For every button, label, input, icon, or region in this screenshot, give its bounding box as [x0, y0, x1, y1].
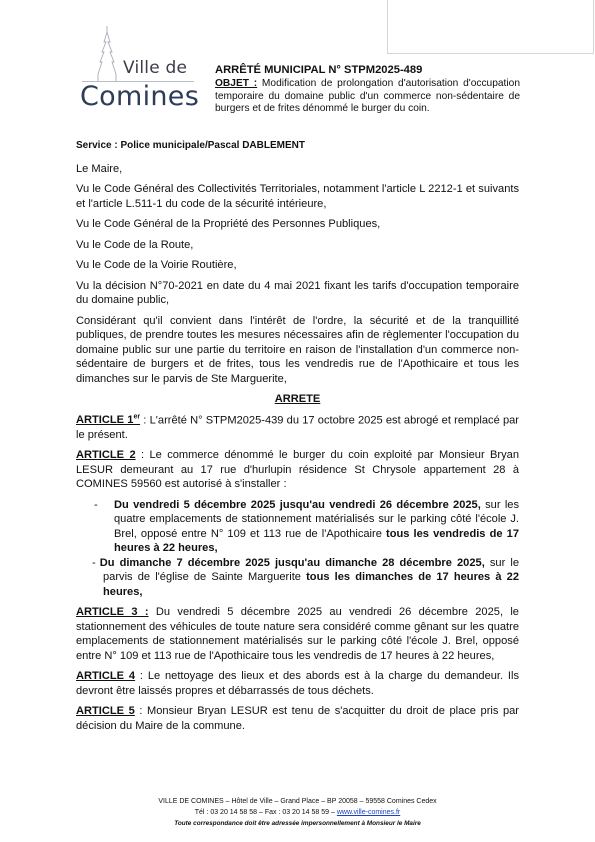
period-item: -Du dimanche 7 décembre 2025 jusqu'au di… — [76, 556, 519, 600]
mayor-line: Le Maire, — [76, 162, 519, 177]
page-footer: VILLE DE COMINES – Hôtel de Ville – Gran… — [0, 796, 595, 829]
decree-title: ARRÊTÉ MUNICIPAL N° STPM2025-489 — [215, 64, 520, 76]
dash-bullet: - — [94, 498, 98, 513]
period-item: -Du vendredi 5 décembre 2025 jusqu'au ve… — [76, 498, 519, 556]
article-4: ARTICLE 4 : Le nettoyage des lieux et de… — [76, 669, 519, 698]
article-2-text: : Le commerce dénommé le burger du coin … — [76, 449, 519, 490]
logo-ville-de: Ville de — [123, 58, 187, 78]
decree-body: Service : Police municipale/Pascal DABLE… — [76, 139, 519, 739]
visa-paragraph: Vu le Code de la Route, — [76, 238, 519, 253]
footer-contact: Tél : 03 20 14 58 58 – Fax : 03 20 14 58… — [0, 807, 595, 818]
article-4-text: : Le nettoyage des lieux et des abords e… — [76, 670, 519, 697]
article-4-label: ARTICLE 4 — [76, 670, 135, 682]
visa-paragraph: Vu le Code de la Voirie Routière, — [76, 258, 519, 273]
visa-paragraph: Vu le Code Général des Collectivités Ter… — [76, 182, 519, 211]
article-5-text: : Monsieur Bryan LESUR est tenu de s'acq… — [76, 705, 519, 732]
article-5: ARTICLE 5 : Monsieur Bryan LESUR est ten… — [76, 704, 519, 733]
article-3-label: ARTICLE 3 : — [76, 606, 149, 618]
service-line: Service : Police municipale/Pascal DABLE… — [76, 139, 519, 154]
article-2-label: ARTICLE 2 — [76, 449, 136, 461]
subject-label: OBJET : — [215, 78, 257, 89]
article-1: ARTICLE 1er : L'arrêté N° STPM2025-439 d… — [76, 411, 519, 443]
article-1-text: : L'arrêté N° STPM2025-439 du 17 octobre… — [76, 414, 519, 441]
subject-text: Modification de prolongation d'autorisat… — [215, 78, 520, 114]
decree-header: ARRÊTÉ MUNICIPAL N° STPM2025-489 OBJET :… — [215, 64, 520, 116]
church-spire-icon — [92, 26, 122, 82]
authorized-periods-list: -Du vendredi 5 décembre 2025 jusqu'au ve… — [76, 498, 519, 600]
city-logo: Ville de Comines — [78, 26, 198, 110]
decree-subject: OBJET : Modification de prolongation d'a… — [215, 78, 520, 115]
logo-comines: Comines — [80, 81, 199, 112]
article-3: ARTICLE 3 : Du vendredi 5 décembre 2025 … — [76, 605, 519, 663]
visa-paragraph: Vu la décision N°70-2021 en date du 4 ma… — [76, 279, 519, 308]
arrete-heading: ARRETE — [76, 392, 519, 407]
considering-paragraph: Considérant qu'il convient dans l'intérê… — [76, 314, 519, 387]
registration-stamp-box — [387, 0, 594, 54]
website-link[interactable]: www.ville-comines.fr — [337, 809, 400, 816]
article-1-label: ARTICLE 1er — [76, 414, 140, 426]
footer-note: Toute correspondance doit être adressée … — [0, 818, 595, 829]
footer-address: VILLE DE COMINES – Hôtel de Ville – Gran… — [0, 796, 595, 807]
article-2: ARTICLE 2 : Le commerce dénommé le burge… — [76, 448, 519, 492]
visa-paragraph: Vu le Code Général de la Propriété des P… — [76, 217, 519, 232]
dash-bullet: - — [92, 557, 96, 569]
article-5-label: ARTICLE 5 — [76, 705, 135, 717]
